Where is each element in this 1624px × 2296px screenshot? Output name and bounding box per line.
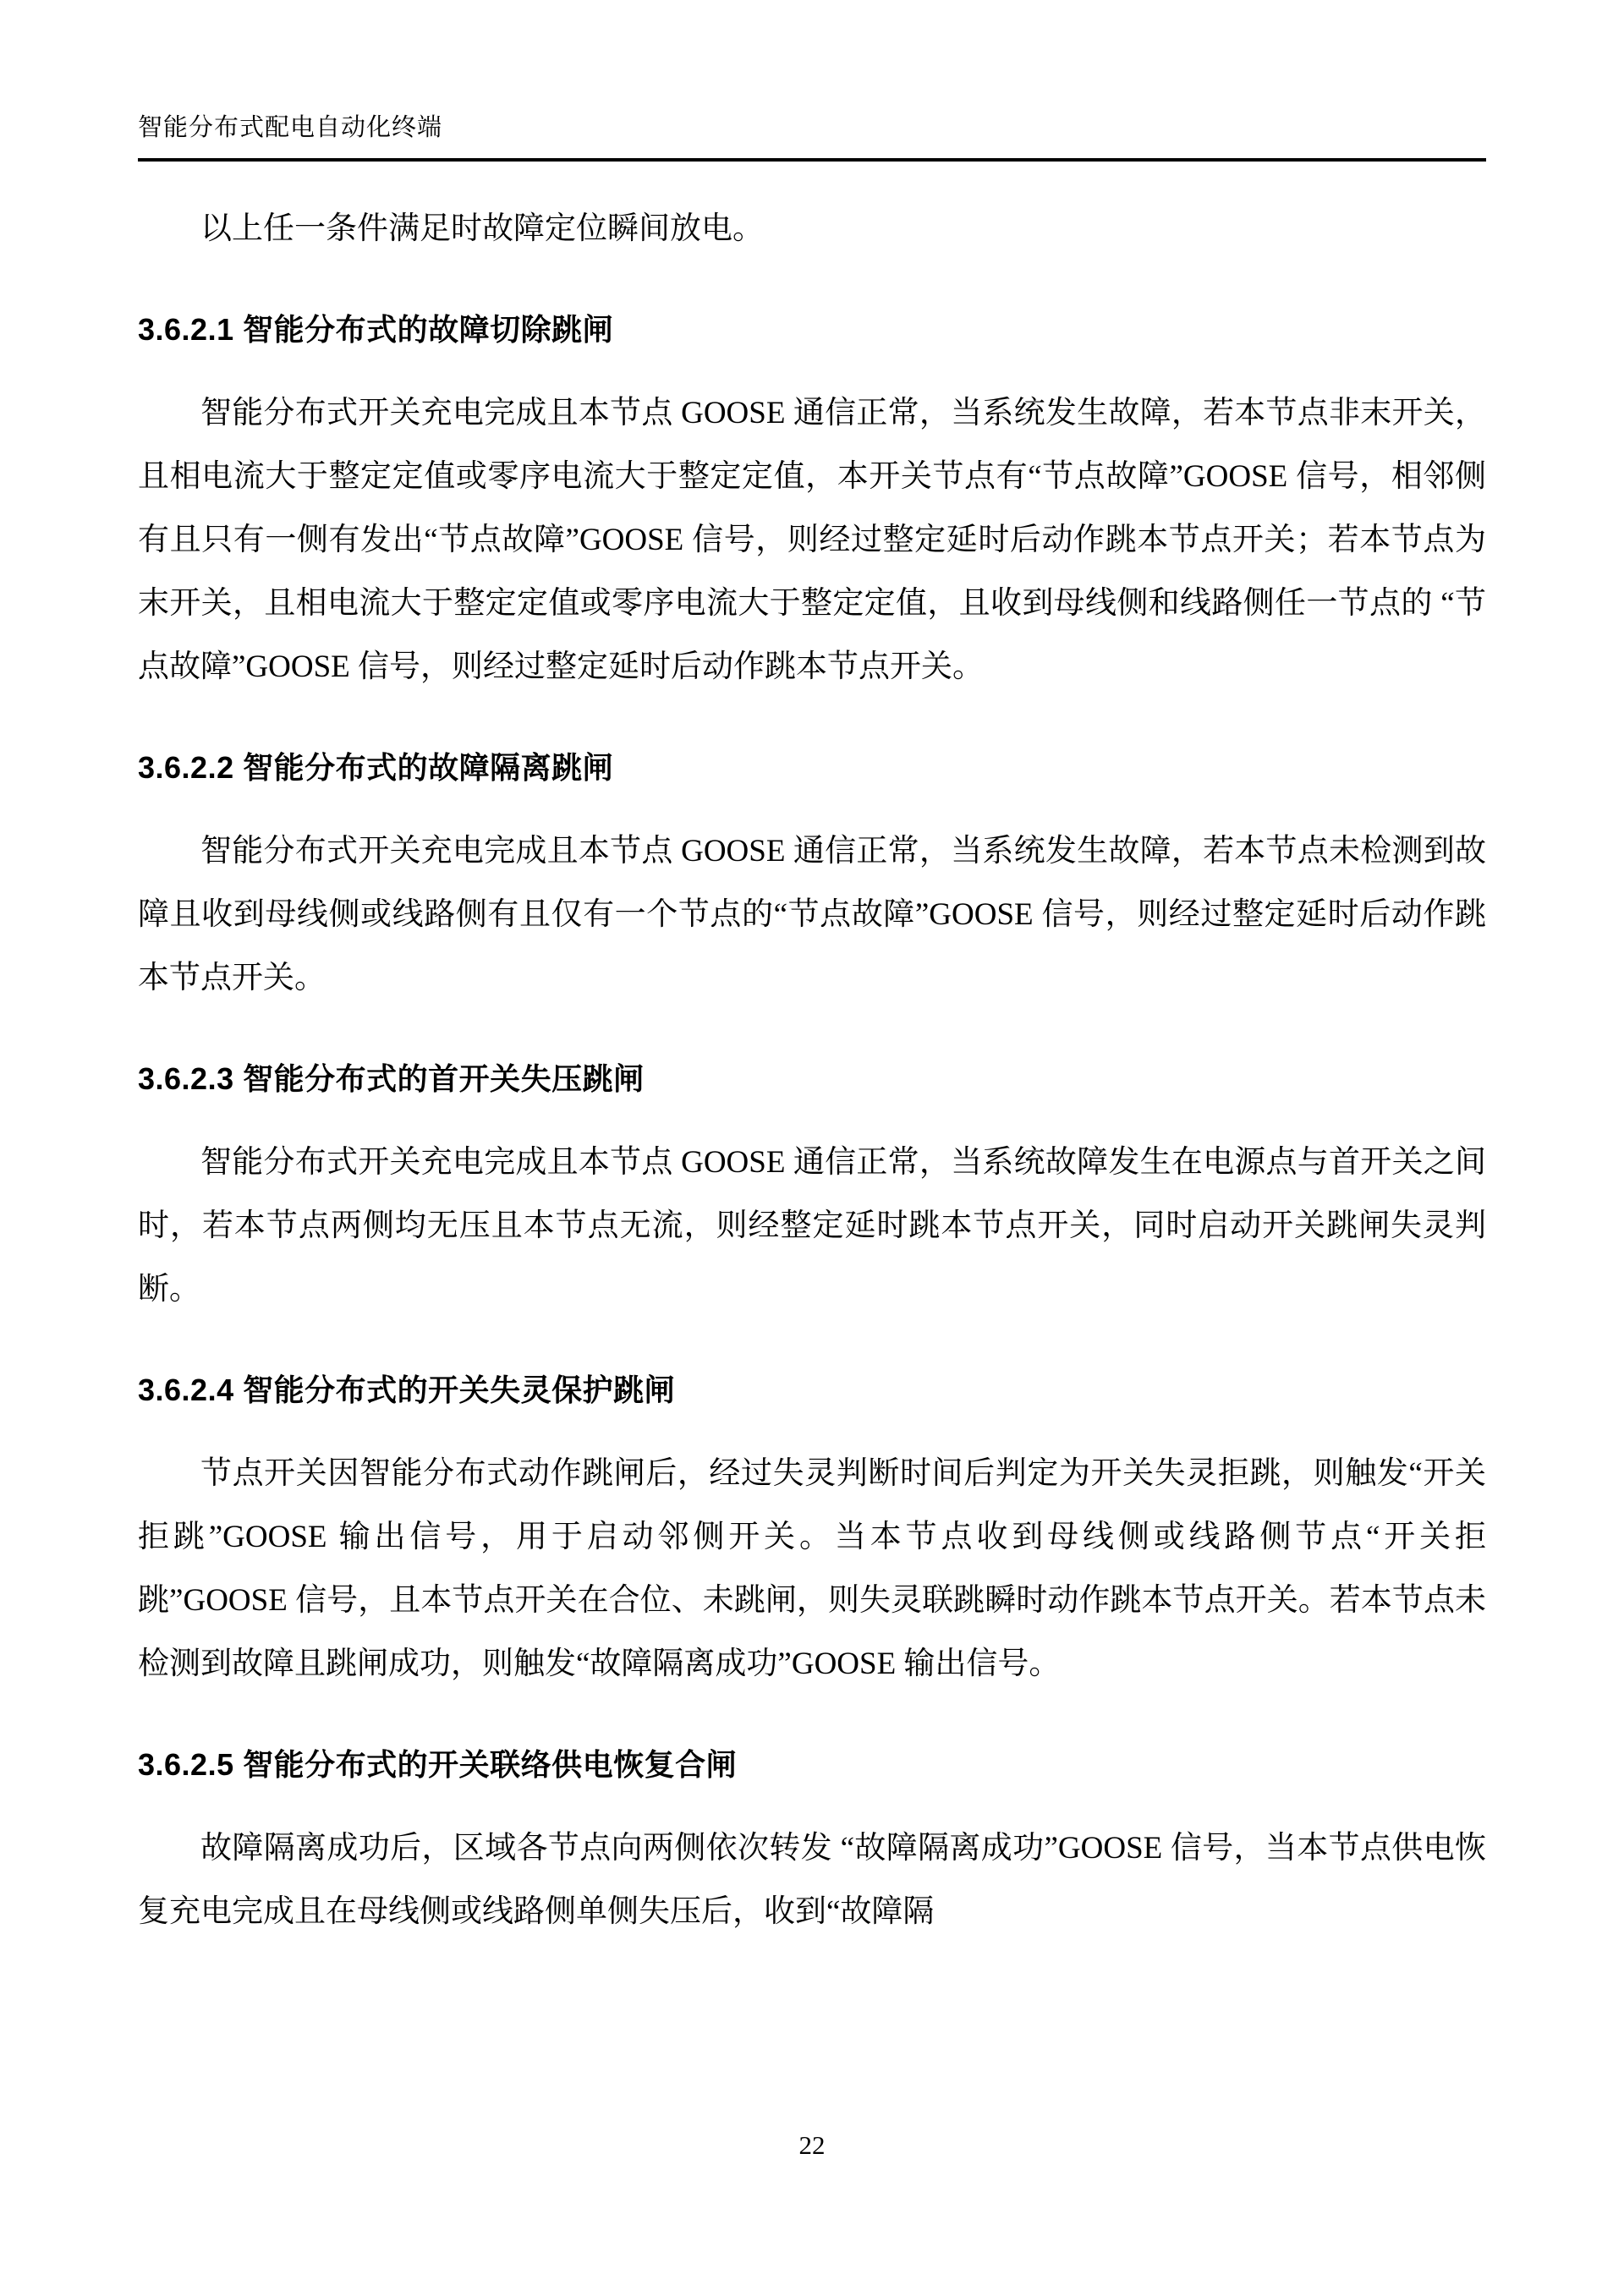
document-header-title: 智能分布式配电自动化终端 [138,108,1486,143]
section-3-6-2-4: 3.6.2.4 智能分布式的开关失灵保护跳闸 节点开关因智能分布式动作跳闸后，经… [138,1367,1486,1696]
section-heading: 3.6.2.5 智能分布式的开关联络供电恢复合闸 [138,1741,1486,1784]
page-number: 22 [0,2130,1624,2161]
section-3-6-2-1: 3.6.2.1 智能分布式的故障切除跳闸 智能分布式开关充电完成且本节点 GOO… [138,306,1486,699]
section-heading: 3.6.2.3 智能分布式的首开关失压跳闸 [138,1055,1486,1099]
section-paragraph: 智能分布式开关充电完成且本节点 GOOSE 通信正常，当系统发生故障，若本节点未… [138,819,1486,1010]
section-paragraph: 智能分布式开关充电完成且本节点 GOOSE 通信正常，当系统发生故障，若本节点非… [138,381,1486,699]
header-rule [138,158,1486,162]
section-3-6-2-2: 3.6.2.2 智能分布式的故障隔离跳闸 智能分布式开关充电完成且本节点 GOO… [138,744,1486,1010]
section-heading: 3.6.2.1 智能分布式的故障切除跳闸 [138,306,1486,349]
document-page: 智能分布式配电自动化终端 以上任一条件满足时故障定位瞬间放电。 3.6.2.1 … [0,0,1624,2296]
section-3-6-2-5: 3.6.2.5 智能分布式的开关联络供电恢复合闸 故障隔离成功后，区域各节点向两… [138,1741,1486,1943]
section-paragraph: 智能分布式开关充电完成且本节点 GOOSE 通信正常，当系统故障发生在电源点与首… [138,1131,1486,1321]
page-header: 智能分布式配电自动化终端 [138,108,1486,162]
section-paragraph: 故障隔离成功后，区域各节点向两侧依次转发 “故障隔离成功”GOOSE 信号，当本… [138,1817,1486,1943]
section-heading: 3.6.2.2 智能分布式的故障隔离跳闸 [138,744,1486,787]
section-paragraph: 节点开关因智能分布式动作跳闸后，经过失灵判断时间后判定为开关失灵拒跳，则触发“开… [138,1442,1486,1696]
section-3-6-2-3: 3.6.2.3 智能分布式的首开关失压跳闸 智能分布式开关充电完成且本节点 GO… [138,1055,1486,1321]
page-content: 智能分布式配电自动化终端 以上任一条件满足时故障定位瞬间放电。 3.6.2.1 … [0,0,1624,1943]
intro-paragraph: 以上任一条件满足时故障定位瞬间放电。 [138,197,1486,260]
section-heading: 3.6.2.4 智能分布式的开关失灵保护跳闸 [138,1367,1486,1410]
